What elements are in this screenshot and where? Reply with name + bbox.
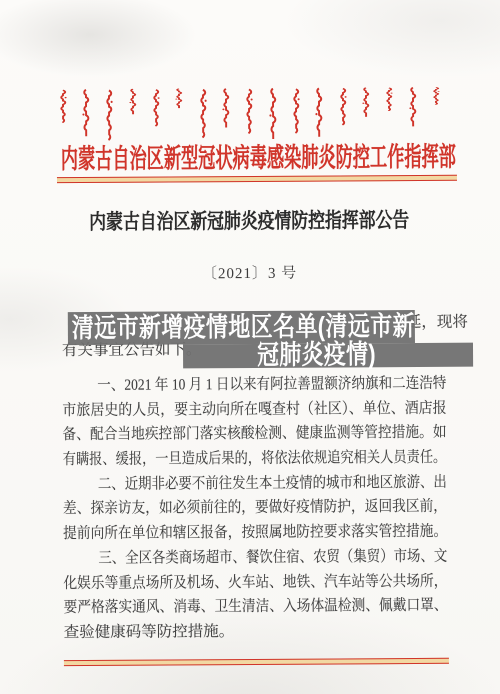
body-line: 一、2021 年 10 月 1 日以来有阿拉善盟额济纳旗和二连浩特 — [97, 374, 446, 396]
overlay-title-line2: 冠肺炎疫情) — [257, 339, 376, 370]
body-line: 要严格落实通风、消毒、卫生清洁、入场体温检测、佩戴口罩、 — [64, 596, 448, 618]
footer-double-rule — [64, 658, 449, 666]
notice-doc-number: 〔2021〕3 号 — [0, 260, 500, 284]
body-line: 有瞒报、缓报，一旦造成后果的，将依法依规追究相关人员责任。 — [63, 448, 447, 470]
body-line: 备、配合当地疾控部门落实核酸检测、健康监测等管控措施。如 — [62, 423, 446, 445]
body-line: 三、全区各类商场超市、餐饮住宿、农贸（集贸）市场、文 — [98, 547, 447, 569]
mongolian-script-row — [58, 85, 444, 141]
scanned-notice-photo: 内蒙古自治区新型冠状病毒感染肺炎防控工作指挥部 内蒙古自治区新冠肺炎疫情防控指挥… — [0, 0, 500, 694]
body-line: 提前向所在单位和辖区报备，按照属地防控要求落实管控措施。 — [63, 522, 447, 544]
body-line: 二、近期非必要不前往发生本土疫情的城市和地区旅游、出 — [98, 473, 447, 495]
notice-title: 内蒙古自治区新冠肺炎疫情防控指挥部公告 — [89, 208, 409, 234]
body-line: 差、探亲访友，如必须前往的，要做好疫情防护，返回我区前， — [63, 497, 447, 519]
document-page: 内蒙古自治区新型冠状病毒感染肺炎防控工作指挥部 内蒙古自治区新冠肺炎疫情防控指挥… — [0, 0, 500, 694]
header-double-rule — [57, 175, 457, 183]
body-line: 查验健康码等防控措施。 — [64, 622, 235, 643]
org-banner-title: 内蒙古自治区新型冠状病毒感染肺炎防控工作指挥部 — [61, 142, 456, 174]
body-line: 市旅居史的人员，要主动向所在嘎查村（社区）、单位、酒店报 — [62, 399, 446, 421]
obscured-text-fragment: 延，现将 — [406, 313, 468, 333]
body-line: 化娱乐等重点场所及机场、火车站、地铁、汽车站等公共场所， — [63, 572, 447, 594]
overlay-title-line1: 清远市新增疫情地区名单(清远市新 — [72, 311, 415, 343]
